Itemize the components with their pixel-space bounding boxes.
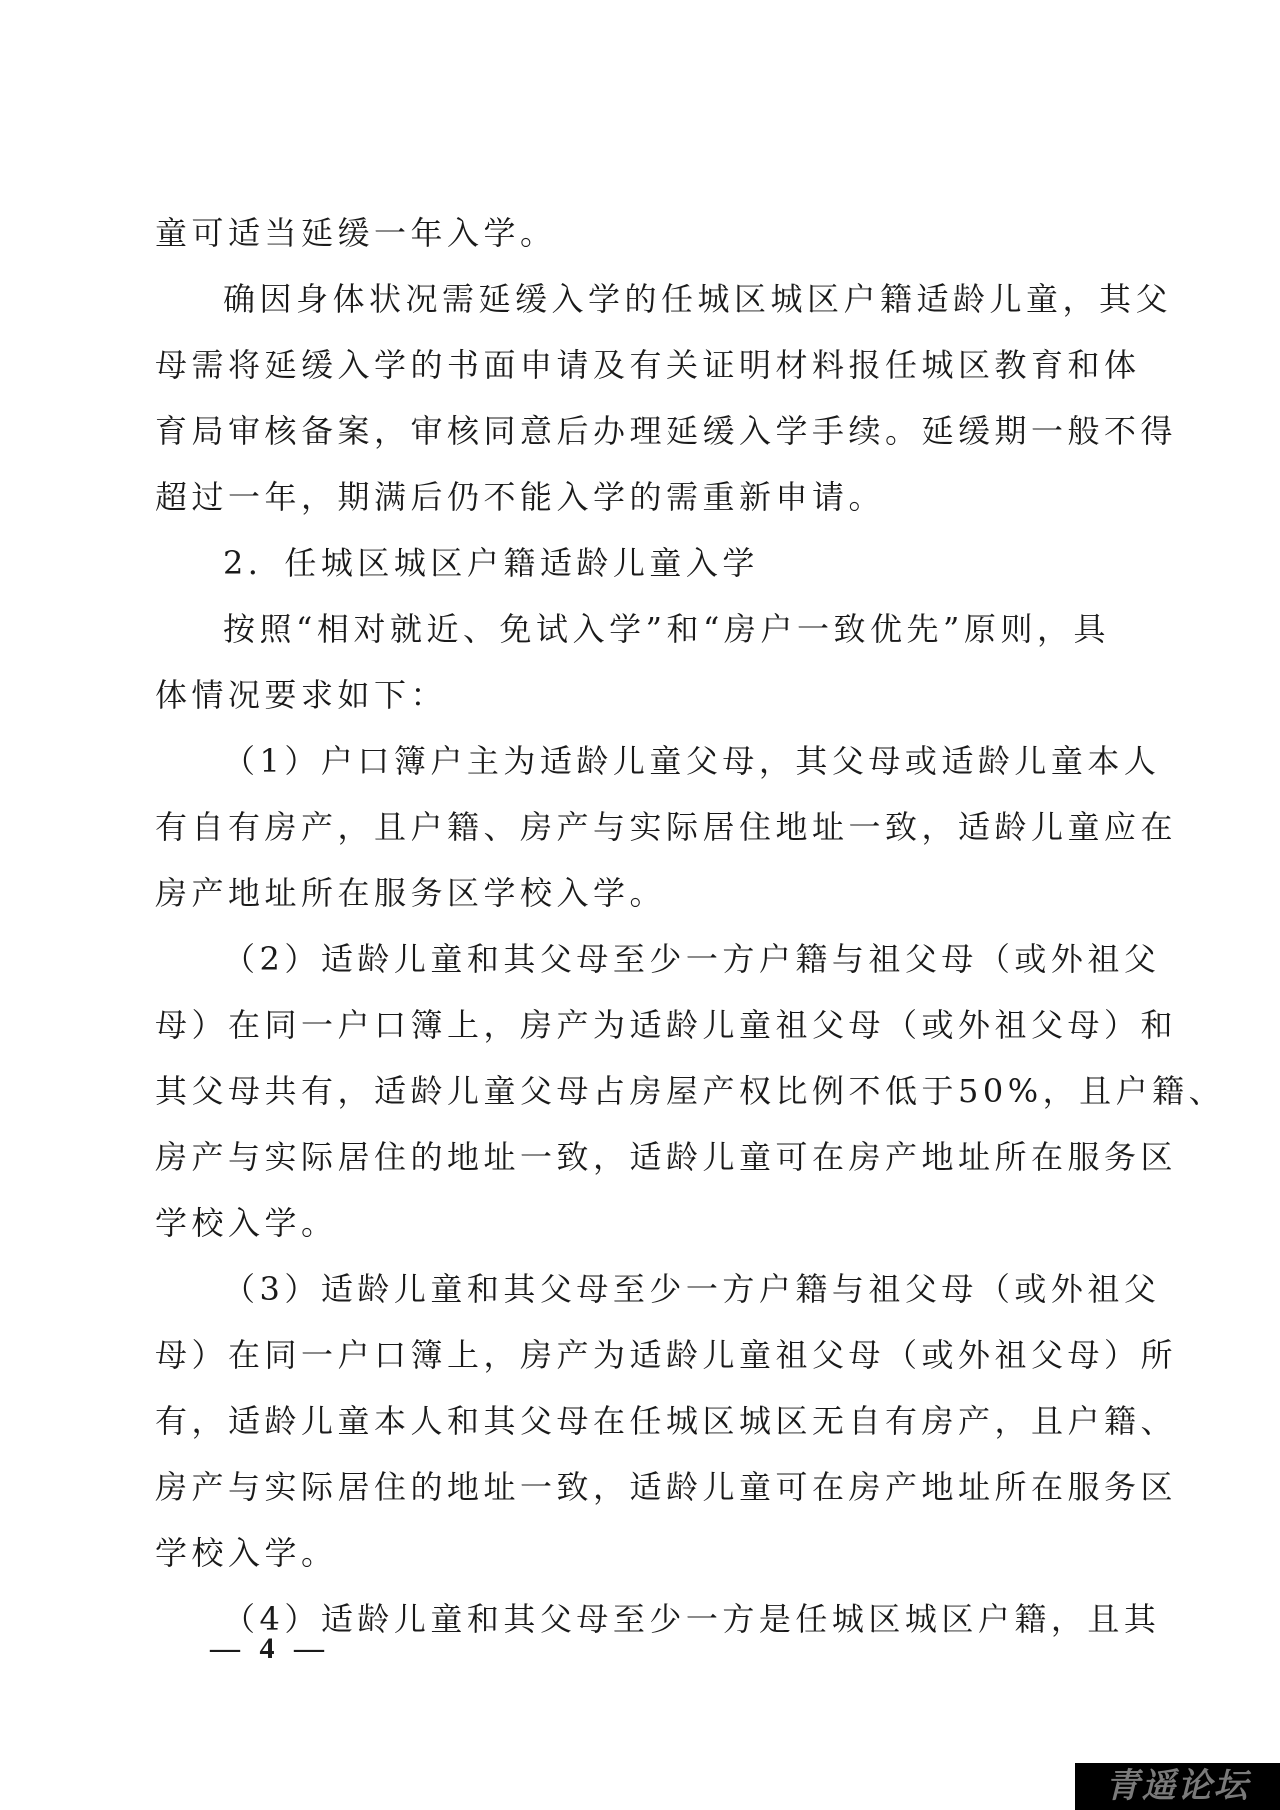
- text-line: 母）在同一户口簿上，房产为适龄儿童祖父母（或外祖父母）和: [155, 992, 1110, 1058]
- forum-watermark-logo: 青遥论坛: [1075, 1763, 1280, 1810]
- item-3: （3）适龄儿童和其父母至少一方户籍与祖父母（或外祖父: [155, 1256, 1110, 1322]
- text-line: 超过一年，期满后仍不能入学的需重新申请。: [155, 464, 1110, 530]
- text-line: 有自有房产，且户籍、房产与实际居住地址一致，适龄儿童应在: [155, 794, 1110, 860]
- item-2: （2）适龄儿童和其父母至少一方户籍与祖父母（或外祖父: [155, 926, 1110, 992]
- text-line: 育局审核备案，审核同意后办理延缓入学手续。延缓期一般不得: [155, 398, 1110, 464]
- document-body: 童可适当延缓一年入学。 确因身体状况需延缓入学的任城区城区户籍适龄儿童，其父 母…: [155, 200, 1110, 1652]
- text-line: 房产地址所在服务区学校入学。: [155, 860, 1110, 926]
- text-line: 房产与实际居住的地址一致，适龄儿童可在房产地址所在服务区: [155, 1124, 1110, 1190]
- item-1: （1）户口簿户主为适龄儿童父母，其父母或适龄儿童本人: [155, 728, 1110, 794]
- text-line: 童可适当延缓一年入学。: [155, 200, 1110, 266]
- page-number: — 4 —: [210, 1632, 330, 1666]
- text-line: 有，适龄儿童本人和其父母在任城区城区无自有房产，且户籍、: [155, 1388, 1110, 1454]
- paragraph-delay-enrollment: 确因身体状况需延缓入学的任城区城区户籍适龄儿童，其父: [155, 266, 1110, 332]
- text-line: 其父母共有，适龄儿童父母占房屋产权比例不低于50%，且户籍、: [155, 1058, 1110, 1124]
- text-line: 母）在同一户口簿上，房产为适龄儿童祖父母（或外祖父母）所: [155, 1322, 1110, 1388]
- text-line: 房产与实际居住的地址一致，适龄儿童可在房产地址所在服务区: [155, 1454, 1110, 1520]
- text-line: 母需将延缓入学的书面申请及有关证明材料报任城区教育和体: [155, 332, 1110, 398]
- section-heading: 2．任城区城区户籍适龄儿童入学: [155, 530, 1110, 596]
- text-line: 学校入学。: [155, 1190, 1110, 1256]
- document-page: 童可适当延缓一年入学。 确因身体状况需延缓入学的任城区城区户籍适龄儿童，其父 母…: [0, 0, 1280, 1810]
- text-line: 体情况要求如下：: [155, 662, 1110, 728]
- paragraph-principles: 按照“相对就近、免试入学”和“房户一致优先”原则，具: [155, 596, 1110, 662]
- text-line: 学校入学。: [155, 1520, 1110, 1586]
